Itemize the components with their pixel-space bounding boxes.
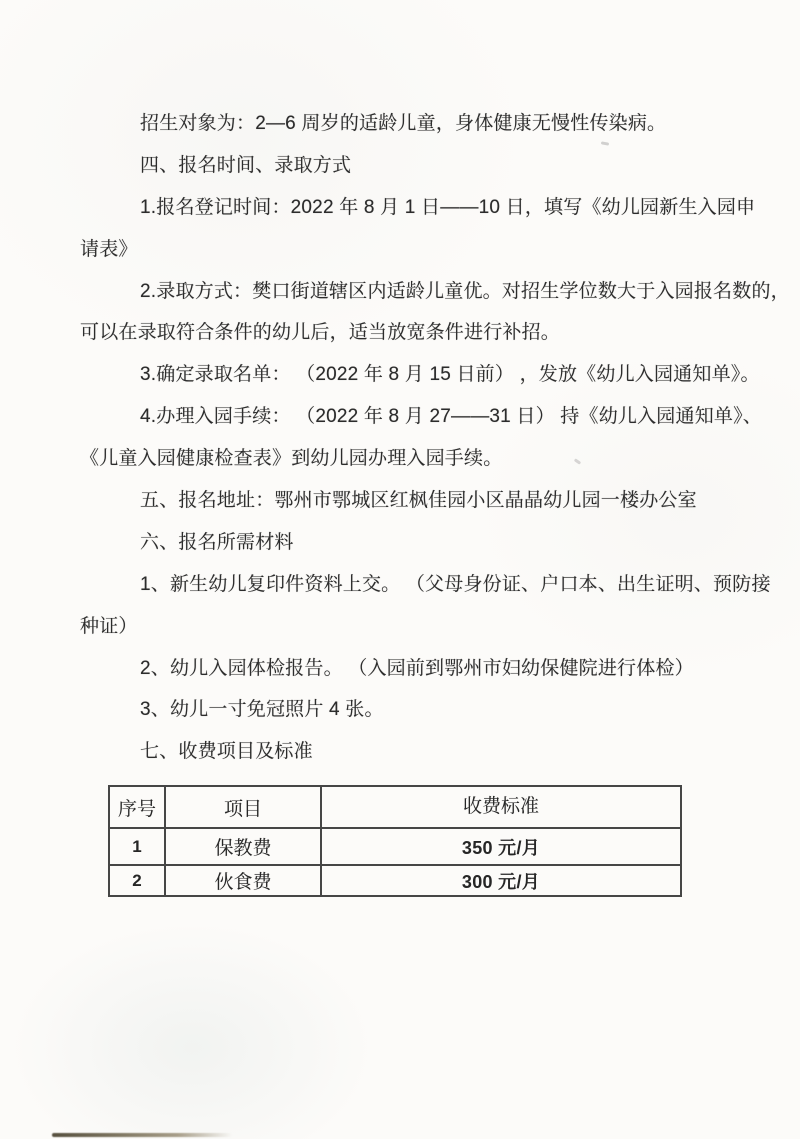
doc-line-section7-heading: 七、收费项目及标准 — [80, 731, 740, 773]
doc-line-admission-method-wrap: 可以在录取符合条件的幼儿后，适当放宽条件进行补招。 — [80, 312, 740, 354]
doc-line-materials-3: 3、幼儿一寸免冠照片 4 张。 — [80, 689, 740, 731]
document-body: 招生对象为：2—6 周岁的适龄儿童，身体健康无慢性传染病。 四、报名时间、录取方… — [80, 103, 740, 773]
fee-table-row-tuition: 1 保教费 350 元/月 — [109, 828, 681, 865]
doc-line-admission-procedure: 4.办理入园手续： （2022 年 8 月 27——31 日） 持《幼儿入园通知… — [80, 396, 740, 438]
fee-table-row-meals: 2 伙食费 300 元/月 — [109, 865, 681, 896]
fee-cell-standard: 350 元/月 — [321, 828, 681, 865]
doc-line-section6-heading: 六、报名所需材料 — [80, 522, 740, 564]
scanned-document-page: 招生对象为：2—6 周岁的适龄儿童，身体健康无慢性传染病。 四、报名时间、录取方… — [0, 0, 800, 1139]
doc-line-admission-procedure-wrap: 《儿童入园健康检查表》到幼儿园办理入园手续。 — [80, 438, 740, 480]
doc-line-materials-1-wrap: 种证） — [80, 606, 740, 648]
fee-table-header-item: 项目 — [165, 786, 321, 828]
fee-table-header-standard: 收费标准 — [321, 786, 681, 828]
scan-edge-artifact — [52, 1133, 232, 1137]
doc-line-materials-2: 2、幼儿入园体检报告。 （入园前到鄂州市妇幼保健院进行体检） — [80, 648, 740, 690]
fee-table: 序号 项目 收费标准 1 保教费 350 元/月 2 伙食费 300 元/月 — [108, 785, 682, 897]
doc-line-registration-time-wrap: 请表》 — [80, 229, 740, 271]
doc-line-registration-time: 1.报名登记时间：2022 年 8 月 1 日——10 日，填写《幼儿园新生入园… — [80, 187, 740, 229]
fee-cell-item: 伙食费 — [165, 865, 321, 896]
doc-line-materials-1: 1、新生幼儿复印件资料上交。 （父母身份证、户口本、出生证明、预防接 — [80, 564, 740, 606]
fee-cell-standard: 300 元/月 — [321, 865, 681, 896]
doc-line-admission-method: 2.录取方式：樊口街道辖区内适龄儿童优。对招生学位数大于入园报名数的， — [80, 271, 740, 313]
fee-table-header-index: 序号 — [109, 786, 165, 828]
doc-line-section4-heading: 四、报名时间、录取方式 — [80, 145, 740, 187]
fee-table-header-row: 序号 项目 收费标准 — [109, 786, 681, 828]
fee-cell-index: 1 — [109, 828, 165, 865]
doc-line-admission-list: 3.确定录取名单： （2022 年 8 月 15 日前） ，发放《幼儿入园通知单… — [80, 354, 740, 396]
doc-line-section5-address: 五、报名地址：鄂州市鄂城区红枫佳园小区晶晶幼儿园一楼办公室 — [80, 480, 740, 522]
fee-cell-item: 保教费 — [165, 828, 321, 865]
doc-line-enrollment-target: 招生对象为：2—6 周岁的适龄儿童，身体健康无慢性传染病。 — [80, 103, 740, 145]
fee-cell-index: 2 — [109, 865, 165, 896]
